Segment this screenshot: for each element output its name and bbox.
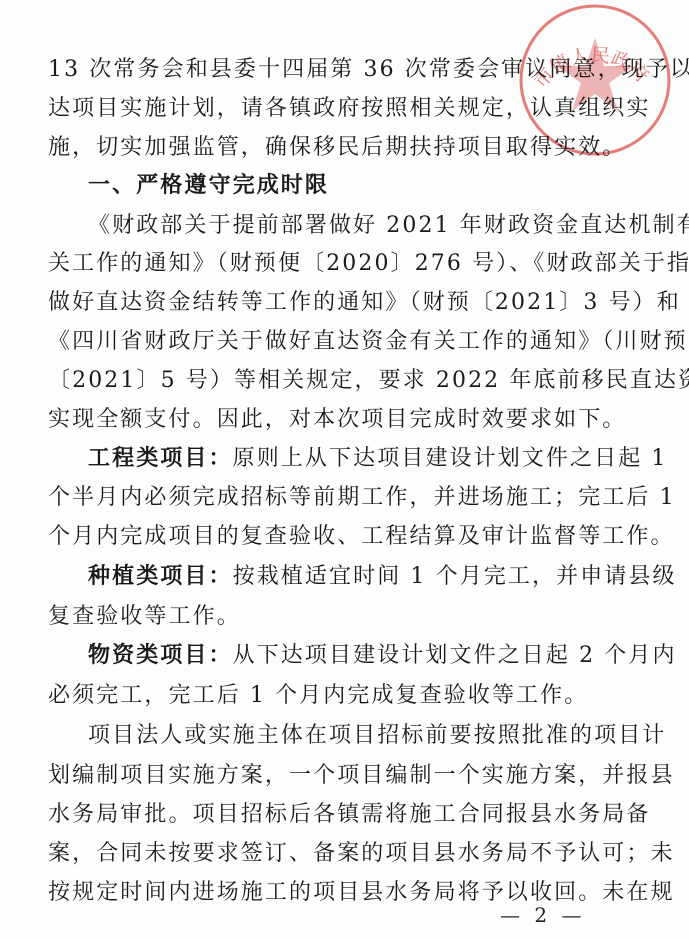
planting-projects-line-2: 复查验收等工作。 — [48, 603, 580, 631]
materials-projects-label: 物资类项目： — [88, 643, 233, 668]
body-text-line: 达项目实施计划，请各镇政府按照相关规定，认真组织实 — [48, 95, 580, 123]
final-paragraph-line-2: 划编制项目实施方案，一个项目编制一个实施方案，并报县 — [48, 762, 580, 790]
planting-projects-label: 种植类项目： — [88, 564, 233, 589]
engineering-projects-line-3: 个月内完成项目的复查验收、工程结算及审计监督等工作。 — [48, 523, 580, 551]
body-text-line: 《财政部关于提前部署做好 2021 年财政资金直达机制有 — [88, 212, 580, 240]
body-text-line: 实现全额支付。因此，对本次项目完成时效要求如下。 — [48, 406, 580, 434]
body-text-line: 关工作的通知》（财预便〔2020〕276 号）、《财政部关于指导 — [48, 250, 580, 278]
section-heading: 一、严格遵守完成时限 — [88, 172, 580, 200]
final-paragraph-line-4: 案，合同未按要求签订、备案的项目县水务局不予认可；未 — [48, 840, 580, 868]
document-page: 市镇人民政府 13 次常务会和县委十四届第 36 次常委会审议同意，现予以下达项… — [0, 0, 689, 939]
engineering-projects-label: 工程类项目： — [88, 446, 233, 471]
materials-projects-line-2: 必须完工，完工后 1 个月内完成复查验收等工作。 — [48, 682, 580, 710]
page-number: — 2 — — [500, 903, 585, 927]
engineering-projects-line-2: 个半月内必须完成招标等前期工作，并进场施工；完工后 1 — [48, 484, 580, 512]
body-text-line: 施，切实加强监管，确保移民后期扶持项目取得实效。 — [48, 134, 580, 162]
body-text-line: 〔2021〕5 号）等相关规定，要求 2022 年底前移民直达资金 — [48, 367, 580, 395]
body-text-line: 做好直达资金结转等工作的通知》（财预〔2021〕3 号）和 — [48, 289, 580, 317]
engineering-projects-line-1: 工程类项目：原则上从下达项目建设计划文件之日起 1 — [88, 445, 580, 473]
planting-projects-line-1: 种植类项目：按栽植适宜时间 1 个月完工，并申请县级 — [88, 563, 580, 591]
body-text-line: 13 次常务会和县委十四届第 36 次常委会审议同意，现予以下 — [48, 56, 580, 84]
body-text-line: 《四川省财政厅关于做好直达资金有关工作的通知》（川财预 — [48, 328, 580, 356]
final-paragraph-line-3: 水务局审批。项目招标后各镇需将施工合同报县水务局备 — [48, 801, 580, 829]
materials-projects-line-1: 物资类项目：从下达项目建设计划文件之日起 2 个月内 — [88, 642, 580, 670]
final-paragraph-line-1: 项目法人或实施主体在项目招标前要按照批准的项目计 — [88, 722, 580, 750]
